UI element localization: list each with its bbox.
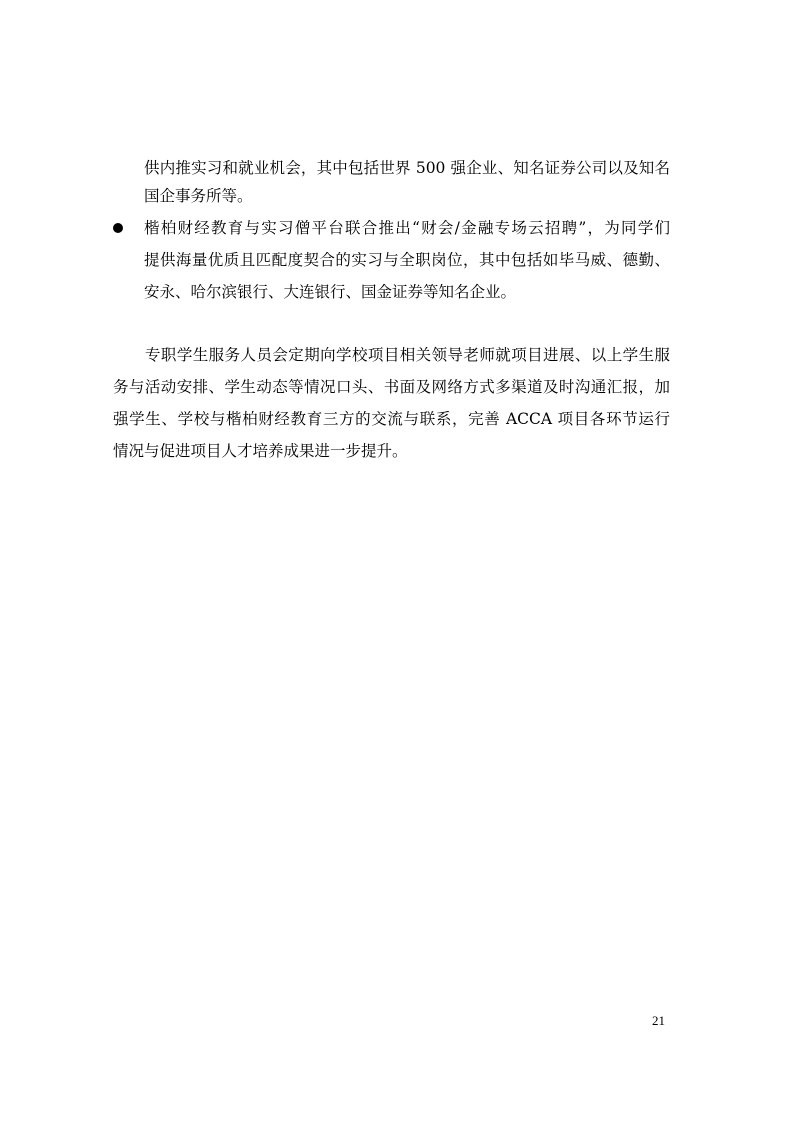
paragraph-line: 强学生、学校与楷柏财经教育三方的交流与联系，完善 ACCA 项目各环节运行: [113, 409, 670, 429]
paragraph-line: 专职学生服务人员会定期向学校项目相关领导老师就项目进展、以上学生服: [145, 345, 670, 365]
list-item-continuation-line: 国企事务所等。: [144, 186, 253, 206]
page-number: 21: [652, 1013, 665, 1029]
bullet-icon: [113, 223, 123, 233]
paragraph-line: 务与活动安排、学生动态等情况口头、书面及网络方式多渠道及时沟通汇报，加: [113, 377, 670, 397]
list-item-line: 楷柏财经教育与实习僧平台联合推出“财会/金融专场云招聘”，为同学们: [144, 218, 670, 238]
document-page: 供内推实习和就业机会，其中包括世界 500 强企业、知名证券公司以及知名 国企事…: [0, 0, 793, 1122]
list-item-line: 提供海量优质且匹配度契合的实习与全职岗位，其中包括如毕马威、德勤、: [144, 250, 670, 270]
list-item-continuation-line: 供内推实习和就业机会，其中包括世界 500 强企业、知名证券公司以及知名: [144, 158, 670, 178]
paragraph-line: 情况与促进项目人才培养成果进一步提升。: [113, 441, 408, 461]
list-item-line: 安永、哈尔滨银行、大连银行、国金证券等知名企业。: [144, 282, 516, 302]
